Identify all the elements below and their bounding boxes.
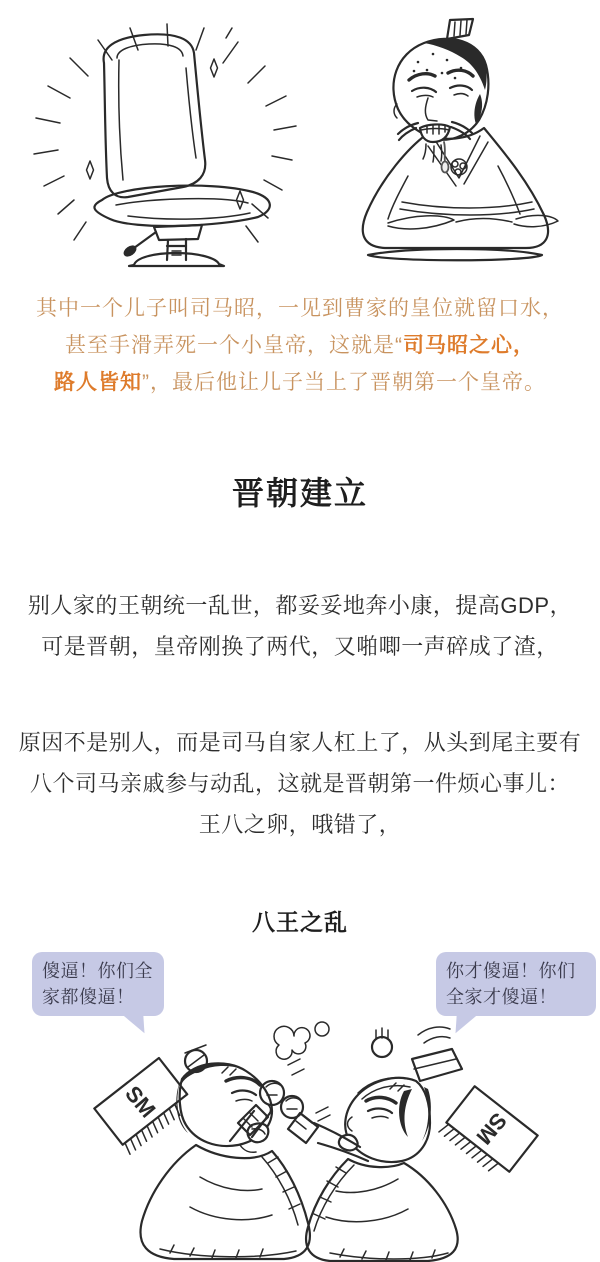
comic-page: 其中一个儿子叫司马昭，一见到曹家的皇位就留口水， 甚至手滑弄死一个小皇帝，这就是…	[0, 0, 600, 1262]
intro-bold-phrase-2: 路人皆知	[54, 371, 142, 394]
paragraph2-line-3: 王八之卵，哦错了，	[0, 804, 600, 845]
intro-paragraph: 其中一个儿子叫司马昭，一见到曹家的皇位就留口水， 甚至手滑弄死一个小皇帝，这就是…	[0, 290, 600, 401]
drooling-man-illustration	[330, 16, 580, 266]
chair-drawing	[94, 34, 269, 266]
intro-bold-phrase-1: 司马昭之心，	[403, 334, 535, 357]
subheading: 八王之乱	[0, 907, 600, 937]
right-prince	[281, 1027, 462, 1261]
body-paragraph-1: 别人家的王朝统一乱世，都妥妥地奔小康，提高GDP， 可是晋朝，皇帝刚换了两代，又…	[0, 585, 600, 667]
paragraph2-line-1: 原因不是别人，而是司马自家人杠上了，从头到尾主要有	[0, 722, 600, 763]
paragraph1-line-2: 可是晋朝，皇帝刚换了两代，又啪唧一声碎成了渣，	[0, 626, 600, 667]
paragraph2-line-2: 八个司马亲戚参与动乱，这就是晋朝第一件烦心事儿：	[0, 763, 600, 804]
speech-bubble-right: 你才傻逼！你们全家才傻逼！	[436, 952, 596, 1016]
intro-line-2: 甚至手滑弄死一个小皇帝，这就是“司马昭之心，	[0, 327, 600, 364]
body-paragraph-2: 原因不是别人，而是司马自家人杠上了，从头到尾主要有 八个司马亲戚参与动乱，这就是…	[0, 722, 600, 845]
paragraph1-line-1: 别人家的王朝统一乱世，都妥妥地奔小康，提高GDP，	[0, 585, 600, 626]
right-banner: SM	[439, 1086, 538, 1181]
sparkle-rays-icon	[34, 24, 296, 242]
fight-scene-illustration: SM	[0, 1017, 600, 1262]
intro-line-1: 其中一个儿子叫司马昭，一见到曹家的皇位就留口水，	[0, 290, 600, 327]
speech-bubble-left: 傻逼！你们全家都傻逼！	[32, 952, 164, 1016]
section-title: 晋朝建立	[0, 475, 600, 511]
throne-chair-illustration	[18, 8, 303, 268]
intro-line-3: 路人皆知”，最后他让儿子当上了晋朝第一个皇帝。	[0, 364, 600, 401]
